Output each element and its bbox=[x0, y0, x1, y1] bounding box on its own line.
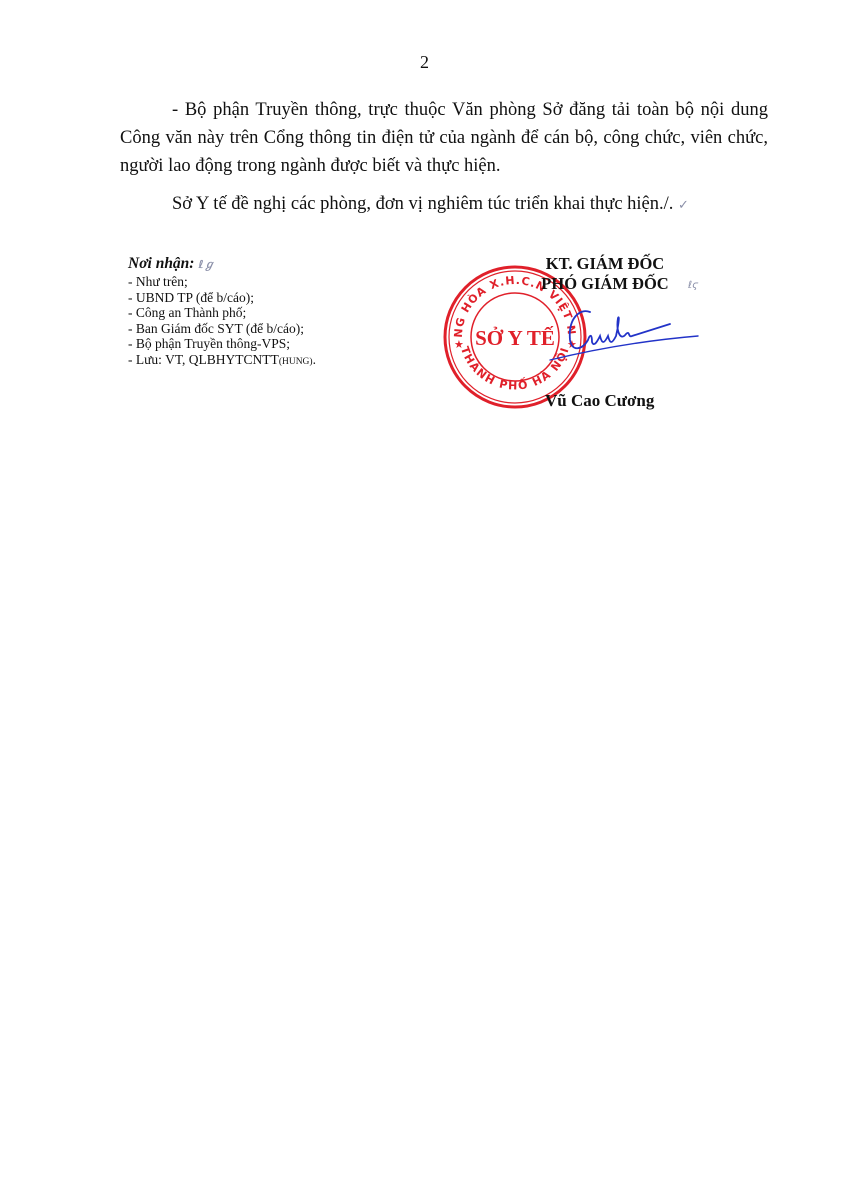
signer-name: Vũ Cao Cương bbox=[545, 391, 654, 411]
recipient-item-suffix: (HUNG) bbox=[279, 357, 313, 367]
recipient-item: - Công an Thành phố; bbox=[128, 305, 316, 321]
recipient-item: - Ban Giám đốc SYT (để b/cáo); bbox=[128, 321, 316, 337]
page-number: 2 bbox=[0, 52, 849, 73]
recipient-item-end: . bbox=[313, 352, 316, 367]
initials-mark: ℓϛ bbox=[688, 276, 698, 296]
body-paragraph-closing: Sở Y tế đề nghị các phòng, đơn vị nghiêm… bbox=[120, 190, 768, 220]
recipient-item: - Lưu: VT, QLBHYTCNTT(HUNG). bbox=[128, 352, 316, 371]
svg-text:★: ★ bbox=[454, 338, 464, 351]
initials-mark: ✓ bbox=[678, 198, 689, 213]
signer-position: PHÓ GIÁM ĐỐC bbox=[490, 274, 720, 294]
signer-block: KT. GIÁM ĐỐC PHÓ GIÁM ĐỐC ℓϛ bbox=[490, 254, 720, 294]
recipient-item: - UBND TP (để b/cáo); bbox=[128, 290, 316, 306]
body-paragraph-communications: - Bộ phận Truyền thông, trực thuộc Văn p… bbox=[120, 96, 768, 180]
recipient-item: - Như trên; bbox=[128, 274, 316, 290]
recipients-list: Nơi nhận:ℓℊ - Như trên; - UBND TP (để b/… bbox=[128, 254, 316, 371]
recipients-title: Nơi nhận:ℓℊ bbox=[128, 254, 316, 274]
signature-icon bbox=[540, 300, 700, 380]
recipient-item-text: - Lưu: VT, QLBHYTCNTT bbox=[128, 352, 279, 367]
recipients-title-text: Nơi nhận: bbox=[128, 255, 194, 272]
closing-text: Sở Y tế đề nghị các phòng, đơn vị nghiêm… bbox=[172, 194, 673, 214]
initials-mark: ℓℊ bbox=[198, 258, 214, 271]
recipient-item: - Bộ phận Truyền thông-VPS; bbox=[128, 336, 316, 352]
signer-title: KT. GIÁM ĐỐC bbox=[490, 254, 720, 274]
